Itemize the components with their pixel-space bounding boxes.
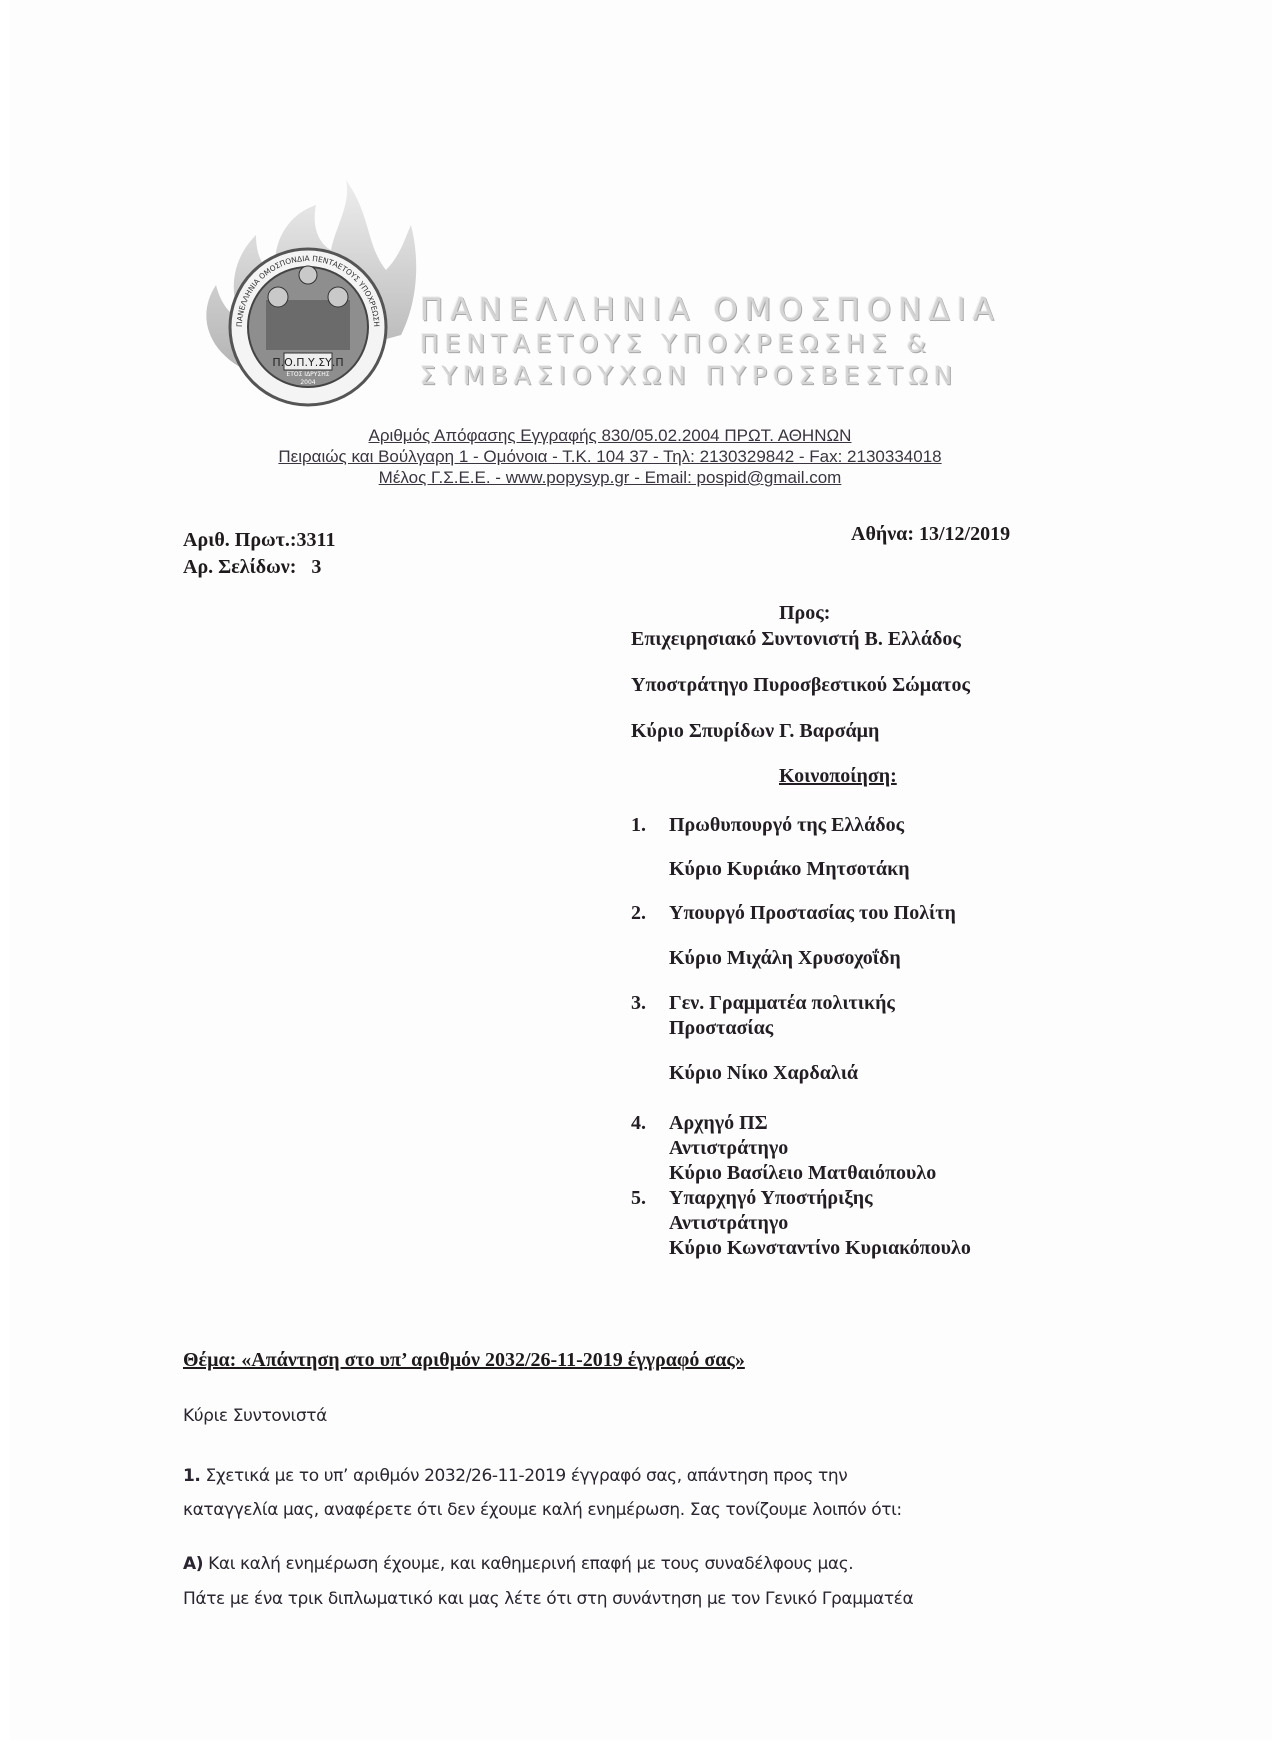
- cc-label: Κοινοποίηση:: [779, 765, 897, 788]
- protocol-number: Αριθ. Πρωτ.:3311: [183, 527, 335, 554]
- cc-line: Κύριο Κυριάκο Μητσοτάκη: [669, 858, 910, 881]
- cc-number: 5.: [631, 1187, 646, 1210]
- cc-number: 3.: [631, 992, 646, 1015]
- salutation: Κύριε Συντονιστά: [183, 1406, 1083, 1426]
- paragraph-1-line-2: καταγγελία μας, αναφέρετε ότι δεν έχουμε…: [183, 1500, 1083, 1520]
- cc-line: Αντιστράτηγο: [669, 1137, 788, 1160]
- letterhead-line-1: ΠΑΝΕΛΛΗΝΙΑ ΟΜΟΣΠΟΝΔΙΑ: [420, 292, 1050, 328]
- to-line: Επιχειρησιακό Συντονιστή Β. Ελλάδος: [631, 628, 961, 651]
- address-line: Πειραιώς και Βούλγαρη 1 - Ομόνοια - Τ.Κ.…: [150, 446, 1070, 467]
- cc-line: Κύριο Κωνσταντίνο Κυριακόπουλο: [669, 1237, 971, 1260]
- cc-line: Υπαρχηγό Υποστήριξης: [669, 1187, 873, 1210]
- to-line: Υποστράτηγο Πυροσβεστικού Σώματος: [631, 674, 970, 697]
- cc-line: Αρχηγό ΠΣ: [669, 1112, 768, 1135]
- cc-line: Προστασίας: [669, 1017, 773, 1040]
- cc-number: 2.: [631, 902, 646, 925]
- paragraph-a-text: Και καλή ενημέρωση έχουμε, και καθημεριν…: [203, 1554, 853, 1574]
- place-date: Αθήνα: 13/12/2019: [851, 523, 1010, 546]
- letterhead-line-3: ΣΥΜΒΑΣΙΟΥΧΩΝ ΠΥΡΟΣΒΕΣΤΩΝ: [420, 360, 1050, 392]
- letterhead-title: ΠΑΝΕΛΛΗΝΙΑ ΟΜΟΣΠΟΝΔΙΑ ΠΕΝΤΑΕΤΟΥΣ ΥΠΟΧΡΕΩ…: [420, 292, 1050, 392]
- cc-line: Κύριο Βασίλειο Ματθαιόπουλο: [669, 1162, 936, 1185]
- subject-line: Θέμα: «Απάντηση στο υπ’ αριθμόν 2032/26-…: [183, 1349, 745, 1372]
- paragraph-1-marker: 1.: [183, 1466, 201, 1486]
- letterhead-line-2: ΠΕΝΤΑΕΤΟΥΣ ΥΠΟΧΡΕΩΣΗΣ &: [420, 328, 1050, 360]
- cc-line: Κύριο Μιχάλη Χρυσοχοΐδη: [669, 947, 901, 970]
- union-seal-flame-icon: Π.Ο.Π.Υ.ΣΥ.Π ΕΤΟΣ ΙΔΡΥΣΗΣ 2004 ΠΑΝΕΛΛΗΝΙ…: [196, 175, 426, 415]
- paragraph-a-line-1: Α) Και καλή ενημέρωση έχουμε, και καθημε…: [183, 1554, 1083, 1574]
- membership-line: Μέλος Γ.Σ.Ε.Ε. - www.popysyp.gr - Email:…: [150, 467, 1070, 488]
- svg-text:Π.Ο.Π.Υ.ΣΥ.Π: Π.Ο.Π.Υ.ΣΥ.Π: [272, 356, 343, 369]
- paragraph-a-marker: Α): [183, 1554, 203, 1574]
- paragraph-1-text: Σχετικά με το υπ’ αριθμόν 2032/26-11-201…: [201, 1466, 848, 1486]
- paragraph-a-line-2: Πάτε με ένα τρικ διπλωματικό και μας λέτ…: [183, 1589, 1083, 1609]
- registration-line: Αριθμός Απόφασης Εγγραφής 830/05.02.2004…: [150, 425, 1070, 446]
- document-meta: Αριθ. Πρωτ.:3311 Αρ. Σελίδων: 3: [183, 527, 335, 581]
- page-count: Αρ. Σελίδων: 3: [183, 554, 335, 581]
- cc-line: Πρωθυπουργό της Ελλάδος: [669, 814, 904, 837]
- contact-block: Αριθμός Απόφασης Εγγραφής 830/05.02.2004…: [150, 425, 1070, 488]
- cc-line: Αντιστράτηγο: [669, 1212, 788, 1235]
- to-label: Προς:: [779, 602, 830, 625]
- cc-line: Υπουργό Προστασίας του Πολίτη: [669, 902, 956, 925]
- cc-number: 1.: [631, 814, 646, 837]
- svg-text:2004: 2004: [300, 379, 315, 386]
- cc-line: Κύριο Νίκο Χαρδαλιά: [669, 1062, 858, 1085]
- svg-text:ΕΤΟΣ ΙΔΡΥΣΗΣ: ΕΤΟΣ ΙΔΡΥΣΗΣ: [286, 371, 329, 378]
- cc-number: 4.: [631, 1112, 646, 1135]
- to-line: Κύριο Σπυρίδων Γ. Βαρσάμη: [631, 720, 879, 743]
- cc-line: Γεν. Γραμματέα πολιτικής: [669, 992, 895, 1015]
- paragraph-1-line-1: 1. Σχετικά με το υπ’ αριθμόν 2032/26-11-…: [183, 1466, 1083, 1486]
